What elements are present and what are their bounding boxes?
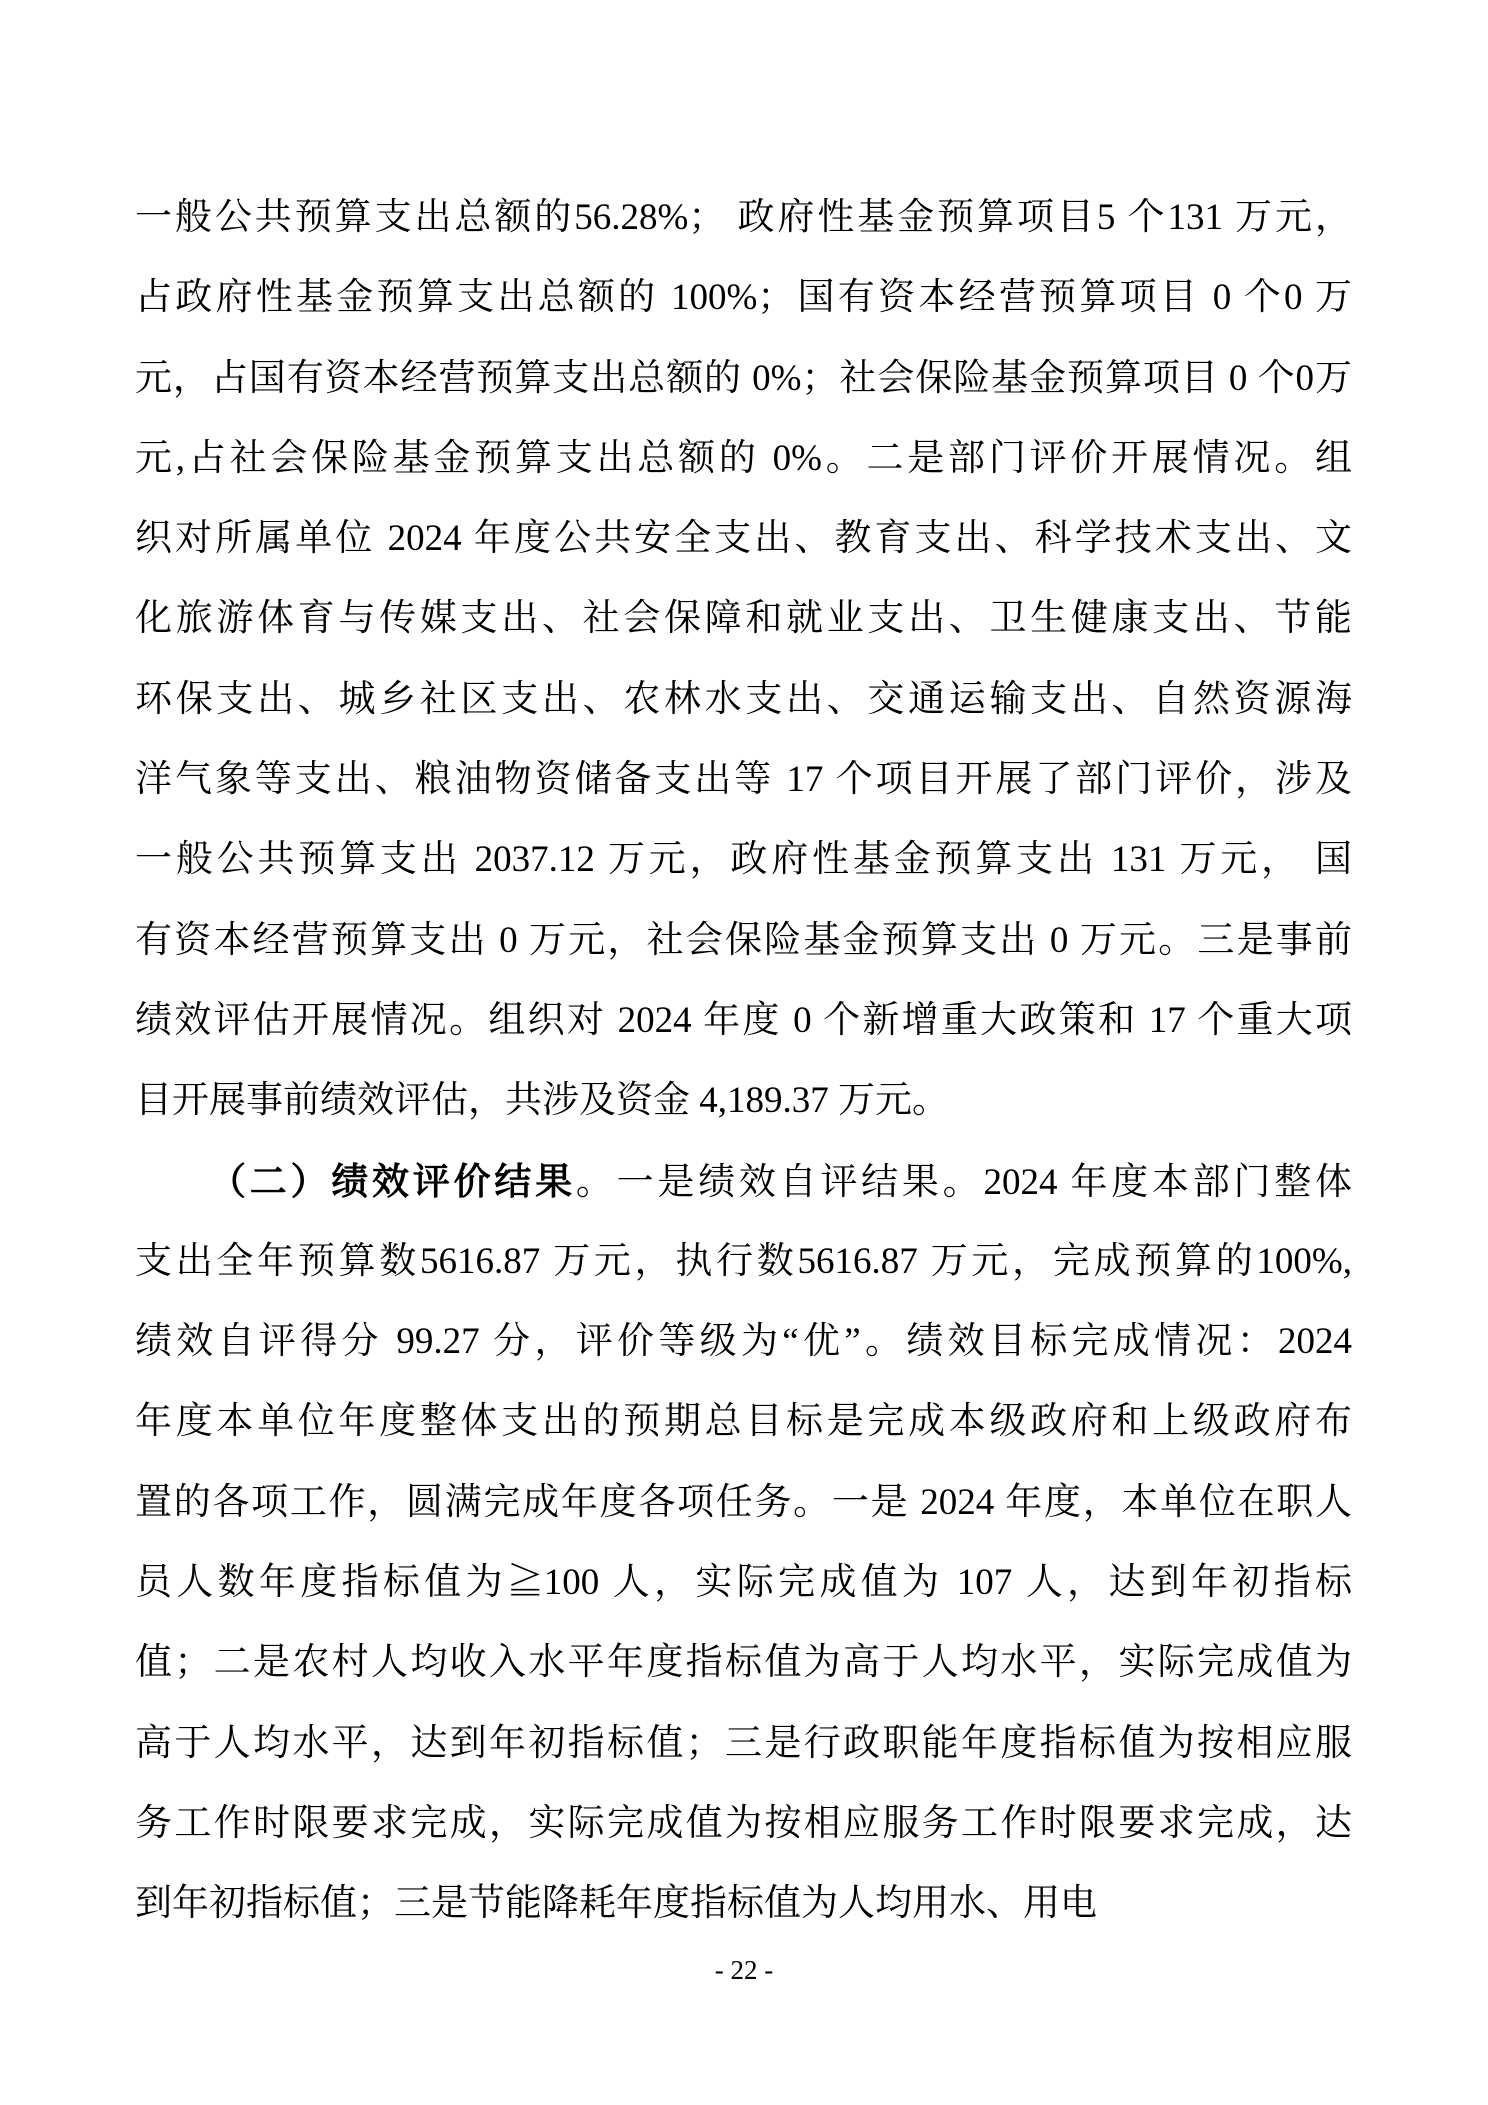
text-line: 高于人均水平，达到年初指标值；三是行政职能年度指标值为按相应服 [135, 1704, 1352, 1784]
text-line: 有资本经营预算支出 0 万元，社会保险基金预算支出 0 万元。三是事前 [135, 901, 1352, 981]
text-line: 环保支出、城乡社区支出、农林水支出、交通运输支出、自然资源海 [135, 660, 1352, 740]
text-line: 绩效自评得分 99.27 分，评价等级为“优”。绩效目标完成情况：2024 [135, 1302, 1352, 1382]
text-line: （二）绩效评价结果。一是绩效自评结果。2024 年度本部门整体 [135, 1142, 1352, 1222]
document-body: 一般公共预算支出总额的56.28%； 政府性基金预算项目5 个131 万元，占政… [135, 178, 1352, 1945]
text-line: 员人数年度指标值为≧100 人，实际完成值为 107 人，达到年初指标 [135, 1543, 1352, 1623]
text-line: 值；二是农村人均收入水平年度指标值为高于人均水平，实际完成值为 [135, 1623, 1352, 1703]
text-line: 年度本单位年度整体支出的预期总目标是完成本级政府和上级政府布 [135, 1382, 1352, 1462]
text-line: 绩效评估开展情况。组织对 2024 年度 0 个新增重大政策和 17 个重大项 [135, 981, 1352, 1061]
text-line: 织对所属单位 2024 年度公共安全支出、教育支出、科学技术支出、文 [135, 499, 1352, 579]
section-heading: （二）绩效评价结果 [209, 1161, 576, 1202]
text-line: 一般公共预算支出 2037.12 万元，政府性基金预算支出 131 万元， 国 [135, 820, 1352, 900]
text-line: 元，占国有资本经营预算支出总额的 0%；社会保险基金预算项目 0 个0万 [135, 339, 1352, 419]
text-run: 。一是绩效自评结果。2024 年度本部门整体 [576, 1162, 1352, 1203]
text-line: 务工作时限要求完成，实际完成值为按相应服务工作时限要求完成，达 [135, 1784, 1352, 1864]
page-number: - 22 - [0, 1950, 1488, 1990]
document-page: 一般公共预算支出总额的56.28%； 政府性基金预算项目5 个131 万元，占政… [0, 0, 1488, 2105]
text-line: 一般公共预算支出总额的56.28%； 政府性基金预算项目5 个131 万元， [135, 178, 1352, 258]
text-line: 洋气象等支出、粮油物资储备支出等 17 个项目开展了部门评价，涉及 [135, 740, 1352, 820]
text-line: 支出全年预算数5616.87 万元，执行数5616.87 万元，完成预算的100… [135, 1222, 1352, 1302]
text-line: 占政府性基金预算支出总额的 100%；国有资本经营预算项目 0 个0 万 [135, 258, 1352, 338]
text-line: 元,占社会保险基金预算支出总额的 0%。二是部门评价开展情况。组 [135, 419, 1352, 499]
text-line: 目开展事前绩效评估，共涉及资金 4,189.37 万元。 [135, 1061, 1352, 1141]
text-line: 到年初指标值；三是节能降耗年度指标值为人均用水、用电 [135, 1864, 1352, 1944]
text-line: 化旅游体育与传媒支出、社会保障和就业支出、卫生健康支出、节能 [135, 579, 1352, 659]
text-line: 置的各项工作，圆满完成年度各项任务。一是 2024 年度，本单位在职人 [135, 1463, 1352, 1543]
